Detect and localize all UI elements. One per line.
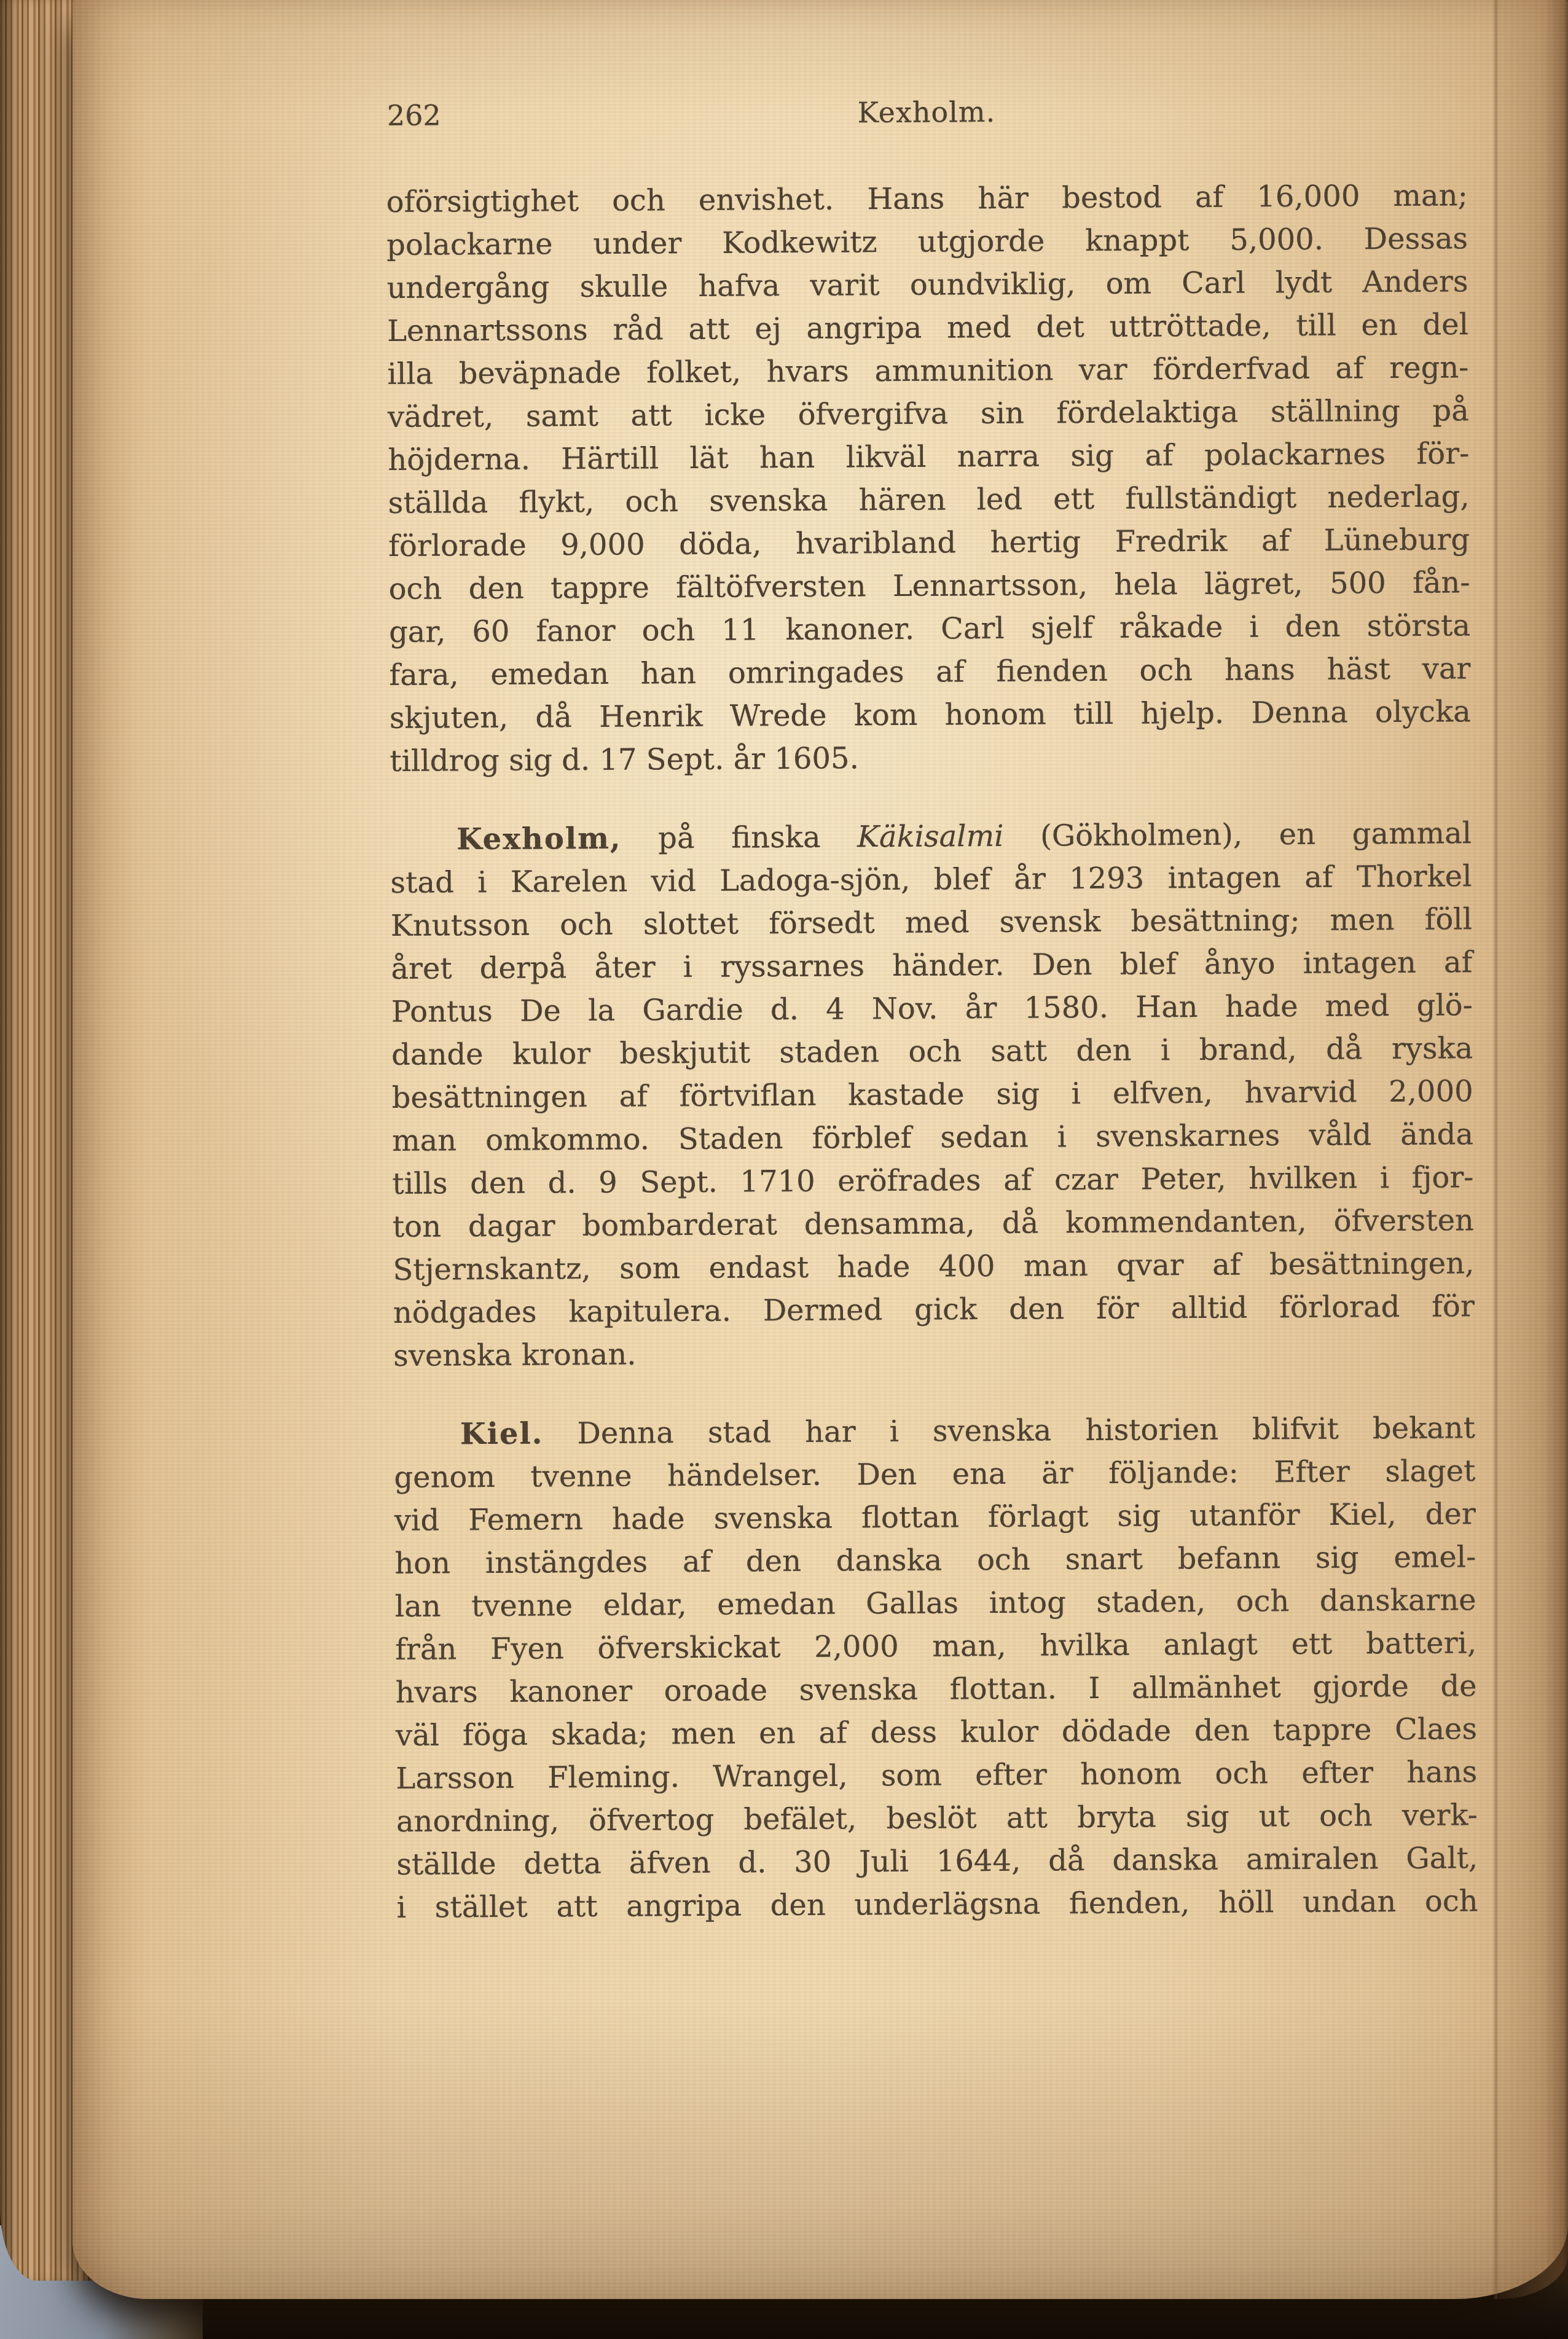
text-line: undergång skulle hafva varit oundviklig,… — [386, 260, 1468, 310]
text-line: hvars kanoner oroade svenska flottan. I … — [395, 1664, 1476, 1714]
paragraph: Kiel. Denna stad har i svenska historien… — [394, 1406, 1478, 1929]
text-line: fara, emedan han omringades af fienden o… — [389, 647, 1470, 697]
text-line: skjuten, då Henrik Wrede kom honom till … — [390, 690, 1471, 740]
text-line: ställde detta äfven d. 30 Juli 1644, då … — [396, 1836, 1478, 1886]
text-line: besättningen af förtviflan kastade sig i… — [391, 1070, 1473, 1119]
text-line: Knutsson och slottet försedt med svensk … — [391, 898, 1472, 947]
text-line: illa beväpnade folket, hvars ammunition … — [387, 346, 1468, 396]
text-line: oförsigtighet och envishet. Hans här bes… — [386, 174, 1468, 224]
text-line: lan tvenne eldar, emedan Gallas intog st… — [395, 1578, 1476, 1628]
page-fold-line — [1493, 0, 1499, 2299]
text-line: ställda flykt, och svenska hären led ett… — [388, 475, 1470, 525]
text-line: Larsson Fleming. Wrangel, som efter hono… — [396, 1750, 1477, 1800]
text-line: dande kulor beskjutit staden och satt de… — [391, 1027, 1473, 1076]
text-line: Stjernskantz, som endast hade 400 man qv… — [393, 1242, 1474, 1291]
text-line: och den tappre fältöfversten Lennartsson… — [388, 561, 1470, 611]
text-line: tills den d. 9 Sept. 1710 eröfrades af c… — [392, 1156, 1473, 1205]
text-line: genom tvenne händelser. Den ena är följa… — [394, 1449, 1475, 1499]
text-line: gar, 60 fanor och 11 kanoner. Carl sjelf… — [389, 604, 1470, 654]
text-line: anordning, öfvertog befälet, beslöt att … — [396, 1793, 1478, 1843]
text-line: året derpå åter i ryssarnes händer. Den … — [391, 941, 1472, 990]
text-line: i stället att angripa den underlägsna fi… — [397, 1879, 1478, 1929]
text-line: svenska kronan. — [393, 1328, 1475, 1377]
text-line: Lennartssons råd att ej angripa med det … — [387, 303, 1468, 353]
book-page: 262 Kexholm. oförsigtighet och envishet.… — [73, 0, 1568, 2299]
text-line: hon instängdes af den danska och snart b… — [394, 1535, 1476, 1585]
book-photo: 262 Kexholm. oförsigtighet och envishet.… — [0, 0, 1568, 2339]
text-line: nödgades kapitulera. Dermed gick den för… — [393, 1285, 1475, 1334]
running-header: Kexholm. — [386, 90, 1467, 134]
text-block: 262 Kexholm. oförsigtighet och envishet.… — [386, 90, 1478, 1929]
paragraph: oförsigtighet och envishet. Hans här bes… — [386, 174, 1472, 783]
text-line: Kiel. Denna stad har i svenska historien… — [394, 1406, 1475, 1456]
text-line: vid Femern hade svenska flottan förlagt … — [394, 1492, 1476, 1542]
text-line: Kexholm, på finska Käkisalmi (Gökholmen)… — [390, 812, 1472, 861]
text-line: tilldrog sig d. 17 Sept. år 1605. — [390, 733, 1471, 783]
text-line: man omkommo. Staden förblef sedan i sven… — [392, 1113, 1473, 1162]
text-line: stad i Karelen vid Ladoga-sjön, blef år … — [390, 855, 1472, 904]
fore-edge-shade — [1499, 0, 1568, 2299]
text-line: vädret, samt att icke öfvergifva sin för… — [388, 389, 1469, 439]
text-line: ton dagar bombarderat densamma, då komme… — [393, 1199, 1474, 1248]
text-line: Pontus De la Gardie d. 4 Nov. år 1580. H… — [391, 984, 1473, 1033]
text-line: höjderna. Härtill lät han likväl narra s… — [388, 432, 1469, 482]
paragraph: Kexholm, på finska Käkisalmi (Gökholmen)… — [390, 812, 1475, 1377]
text-line: förlorade 9,000 döda, hvaribland hertig … — [388, 518, 1470, 568]
page-header: 262 Kexholm. — [386, 90, 1467, 134]
text-line: väl föga skada; men en af dess kulor död… — [396, 1707, 1477, 1757]
text-line: polackarne under Kodkewitz utgjorde knap… — [386, 217, 1468, 267]
body-text: oförsigtighet och envishet. Hans här bes… — [386, 174, 1478, 1929]
text-line: från Fyen öfverskickat 2,000 man, hvilka… — [395, 1621, 1476, 1671]
